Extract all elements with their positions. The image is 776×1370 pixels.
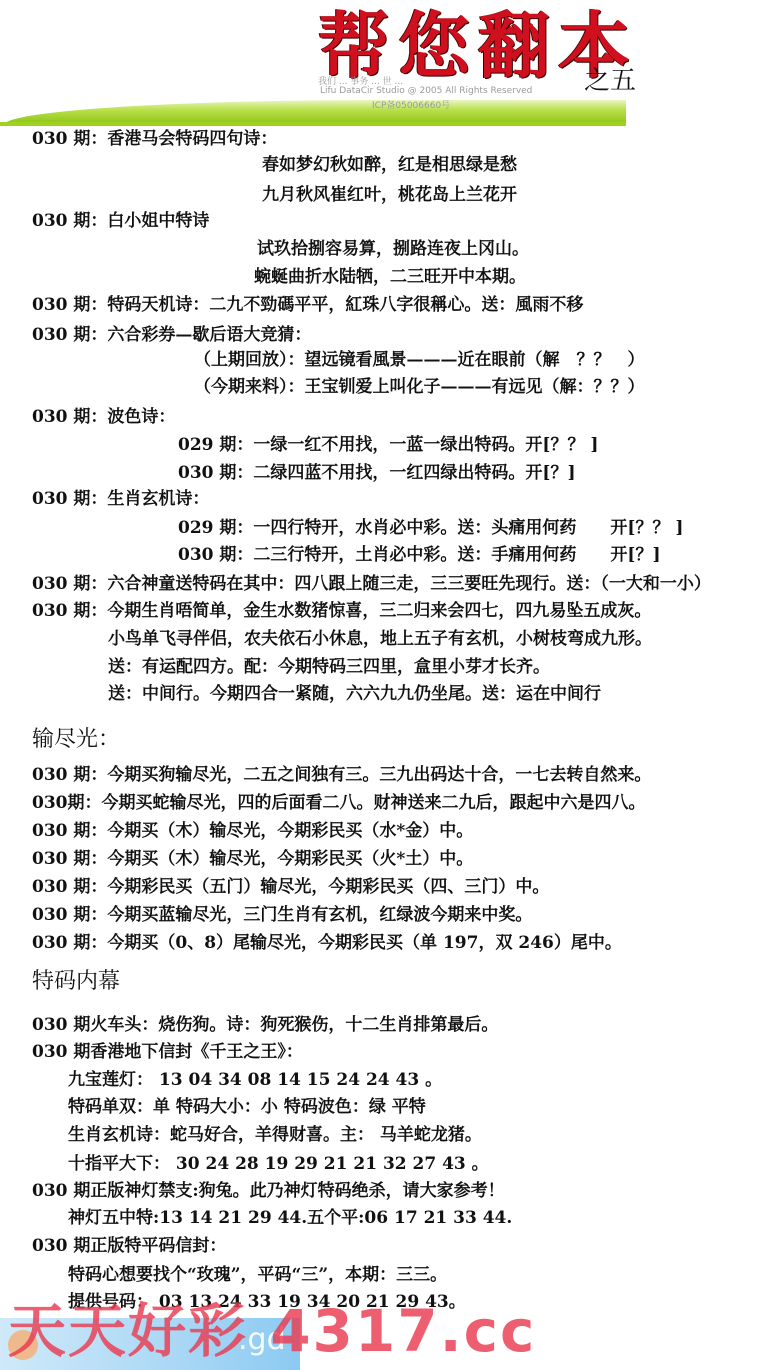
- text-line: 春如梦幻秋如醉，红是相思绿是愁: [262, 154, 517, 176]
- text-line: 030 期火车头：烧伤狗。诗：狗死猴伤，十二生肖排第最后。: [32, 1014, 498, 1036]
- text-line: 030 期：香港马会特码四句诗：: [32, 128, 277, 150]
- banner-suffix: 之五: [584, 60, 636, 97]
- text-line: 030 期：白小姐中特诗: [32, 210, 209, 232]
- watermark-text: 天天好彩 4317.cc: [8, 1296, 536, 1366]
- text-line: 蜿蜒曲折水陆牺，二三旺开中本期。: [254, 266, 526, 288]
- text-line: 030 期：今期买（0、8）尾输尽光，今期彩民买（单 197，双 246）尾中。: [32, 932, 622, 954]
- text-line: 030 期：今期买（木）输尽光，今期彩民买（火*土）中。: [32, 848, 473, 870]
- section-heading-lose-all: 输尽光：: [32, 726, 120, 754]
- text-line: 九宝莲灯： 13 04 34 08 14 15 24 24 43 。: [68, 1069, 442, 1091]
- text-line: 030 期：生肖玄机诗：: [32, 488, 209, 510]
- text-line: 029 期：一绿一红不用找，一蓝一绿出特码。开[？？ ]: [178, 434, 598, 456]
- banner-copyright: Lifu DataCir Studio @ 2005 All Rights Re…: [320, 86, 532, 96]
- text-line: 030 期：今期买蓝输尽光，三门生肖有玄机，红绿波今期来中奖。: [32, 904, 532, 926]
- banner-green-line: [0, 122, 626, 126]
- text-line: 030 期：今期买狗输尽光，二五之间独有三。三九出码达十合，一七去转自然来。: [32, 764, 651, 786]
- text-line: 十指平大下： 30 24 28 19 29 21 21 32 27 43 。: [68, 1153, 489, 1175]
- text-line: 029 期：一四行特开，水肖必中彩。送：头痛用何药 开[？？ ]: [178, 517, 683, 539]
- text-line: 030期：今期买蛇输尽光，四的后面看二八。财神送来二九后，跟起中六是四八。: [32, 792, 645, 814]
- text-line: 030 期：特码天机诗：二九不勁碼平平，紅珠八字很稱心。送：風雨不移: [32, 294, 583, 316]
- text-line: 030 期：六合彩券—歇后语大竞猜：: [32, 324, 311, 346]
- section-heading-inside-info: 特码内幕: [32, 968, 120, 996]
- text-line: 030 期香港地下信封《千王之王》：: [32, 1041, 303, 1063]
- text-line: 030 期：波色诗：: [32, 406, 175, 428]
- banner-icp: ICP备05006660号: [372, 98, 450, 111]
- header-banner: 帮您翻本 之五 我们 ... 事务 ... 世 ... Lifu DataCir…: [0, 0, 776, 128]
- text-line: 送：中间行。今期四合一紧随，六六九九仍坐尾。送：运在中间行: [108, 683, 601, 705]
- text-line: 特码心想要找个“玫瑰”，平码“三”，本期：三三。: [68, 1264, 447, 1286]
- text-line: 小鸟单飞寻伴侣，农夫依石小休息，地上五子有玄机，小树枝弯成九形。: [108, 628, 652, 650]
- text-line: 试玖拾捌容易算，捌路连夜上冈山。: [257, 238, 529, 260]
- text-line: 九月秋风崔红叶，桃花岛上兰花开: [262, 184, 517, 206]
- text-line: （今期来料）：王宝钏爱上叫化子———有远见（解：？？）: [194, 376, 645, 398]
- text-line: 030 期：二绿四蓝不用找，一红四绿出特码。开[？]: [178, 462, 576, 484]
- text-line: 030 期：六合神童送特码在其中：四八跟上随三走，三三要旺先现行。送：（一大和一…: [32, 573, 711, 595]
- text-line: 030 期：今期买（木）输尽光，今期彩民买（水*金）中。: [32, 820, 473, 842]
- text-line: 送：有运配四方。配：今期特码三四里，盒里小芽才长齐。: [108, 656, 550, 678]
- text-line: 030 期：今期彩民买（五门）输尽光，今期彩民买（四、三门）中。: [32, 876, 549, 898]
- text-line: 030 期正版特平码信封：: [32, 1235, 226, 1257]
- text-line: 030 期：今期生肖唔简单，金生水数猪惊喜，三二归来会四七，四九易坠五成灰。: [32, 600, 651, 622]
- text-line: 030 期：二三行特开，土肖必中彩。送：手痛用何药 开[？]: [178, 544, 661, 566]
- text-line: 030 期正版神灯禁支:狗兔。此乃神灯特码绝杀，请大家参考！: [32, 1180, 505, 1202]
- text-line: 神灯五中特:13 14 21 29 44.五个平:06 17 21 33 44.: [68, 1207, 512, 1229]
- text-line: 生肖玄机诗：蛇马好合，羊得财喜。主： 马羊蛇龙猪。: [68, 1124, 482, 1146]
- text-line: （上期回放）：望远镜看風景———近在眼前（解 ？？ ）: [194, 349, 645, 371]
- text-line: 特码单双：单 特码大小：小 特码波色：绿 平特: [68, 1096, 426, 1118]
